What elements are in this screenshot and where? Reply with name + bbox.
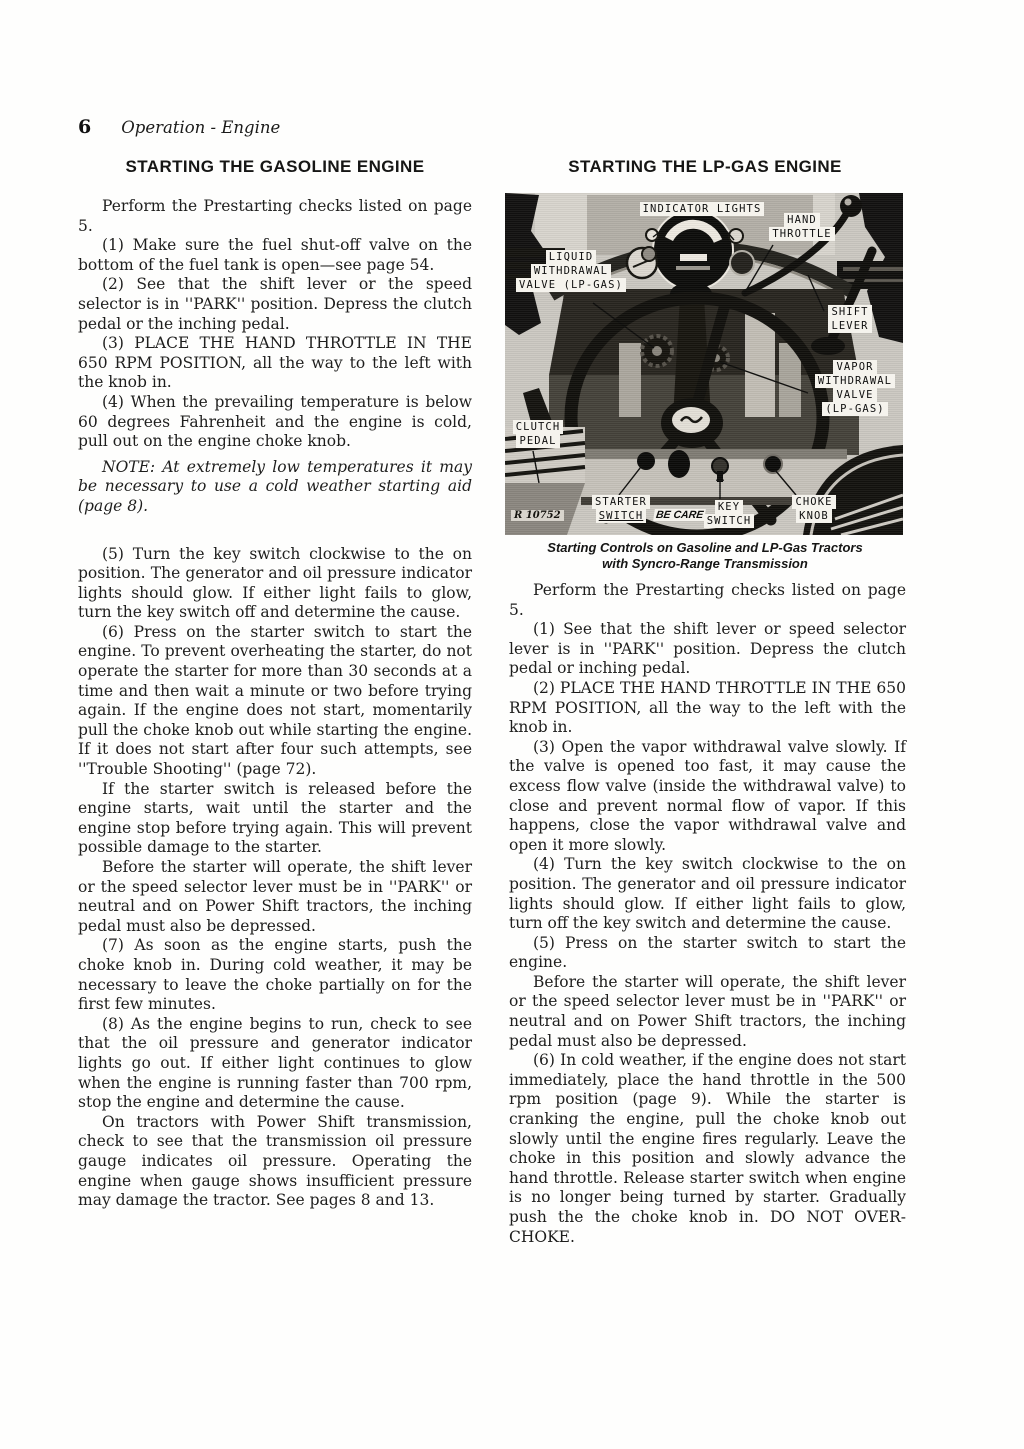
photo-reference-number: R 10752 [511,510,564,521]
paragraph: (2) See that the shift lever or the spee… [78,275,472,334]
paragraph: (7) As soon as the engine starts, push t… [78,936,472,1014]
heading-gasoline-engine: STARTING THE GASOLINE ENGINE [78,157,472,177]
left-column: Perform the Prestarting checks listed on… [78,197,472,1211]
paragraph: (4) When the prevailing temperature is b… [78,393,472,452]
note-paragraph: NOTE: At extremely low temperatures it m… [78,458,472,517]
paragraph: (5) Press on the starter switch to start… [509,934,906,973]
paragraph: (4) Turn the key switch clockwise to the… [509,855,906,933]
label-starter-switch: STARTER SWITCH [586,495,656,523]
paragraph: (3) PLACE THE HAND THROTTLE IN THE 650 R… [78,334,472,393]
label-shift-lever: SHIFT LEVER [817,305,883,333]
figure-caption: Starting Controls on Gasoline and LP-Gas… [505,540,905,571]
paragraph: (8) As the engine begins to run, check t… [78,1015,472,1113]
paragraph: Perform the Prestarting checks listed on… [78,197,472,236]
caption-line-1: Starting Controls on Gasoline and LP-Gas… [505,540,905,556]
paragraph: On tractors with Power Shift transmissio… [78,1113,472,1211]
page-header: 6Operation - Engine [78,116,280,138]
caption-line-2: with Syncro-Range Transmission [505,556,905,572]
starting-controls-photo: INDICATOR LIGHTS HAND THROTTLE LIQUID WI… [505,193,903,535]
paragraph: (6) In cold weather, if the engine does … [509,1051,906,1247]
paragraph: (6) Press on the starter switch to start… [78,623,472,780]
label-hand-throttle: HAND THROTTLE [763,213,841,241]
paragraph: (1) See that the shift lever or speed se… [509,620,906,679]
label-key-switch: KEY SWITCH [696,500,762,528]
console-plate-text: BE CARE [653,509,706,521]
paragraph: (3) Open the vapor withdrawal valve slow… [509,738,906,856]
right-column: Perform the Prestarting checks listed on… [509,581,906,1247]
paragraph: Before the starter will operate, the shi… [78,858,472,936]
paragraph: (2) PLACE THE HAND THROTTLE IN THE 650 R… [509,679,906,738]
label-liquid-withdrawal-valve: LIQUID WITHDRAWAL VALVE (LP-GAS) [505,250,637,292]
label-vapor-withdrawal-valve: VAPOR WITHDRAWAL VALVE (LP-GAS) [808,360,902,416]
label-clutch-pedal: CLUTCH PEDAL [505,420,571,448]
label-indicator-lights: INDICATOR LIGHTS [636,202,768,216]
paragraph: Before the starter will operate, the shi… [509,973,906,1051]
label-choke-knob: CHOKE KNOB [785,495,843,523]
paragraph: If the starter switch is released before… [78,780,472,858]
paragraph: (5) Turn the key switch clockwise to the… [78,545,472,623]
manual-page: 6Operation - Engine STARTING THE GASOLIN… [0,0,1024,1449]
paragraph: (1) Make sure the fuel shut-off valve on… [78,236,472,275]
heading-lpgas-engine: STARTING THE LP-GAS ENGINE [505,157,905,177]
paragraph: Perform the Prestarting checks listed on… [509,581,906,620]
page-section-title: Operation - Engine [121,118,280,137]
page-number: 6 [78,116,91,138]
